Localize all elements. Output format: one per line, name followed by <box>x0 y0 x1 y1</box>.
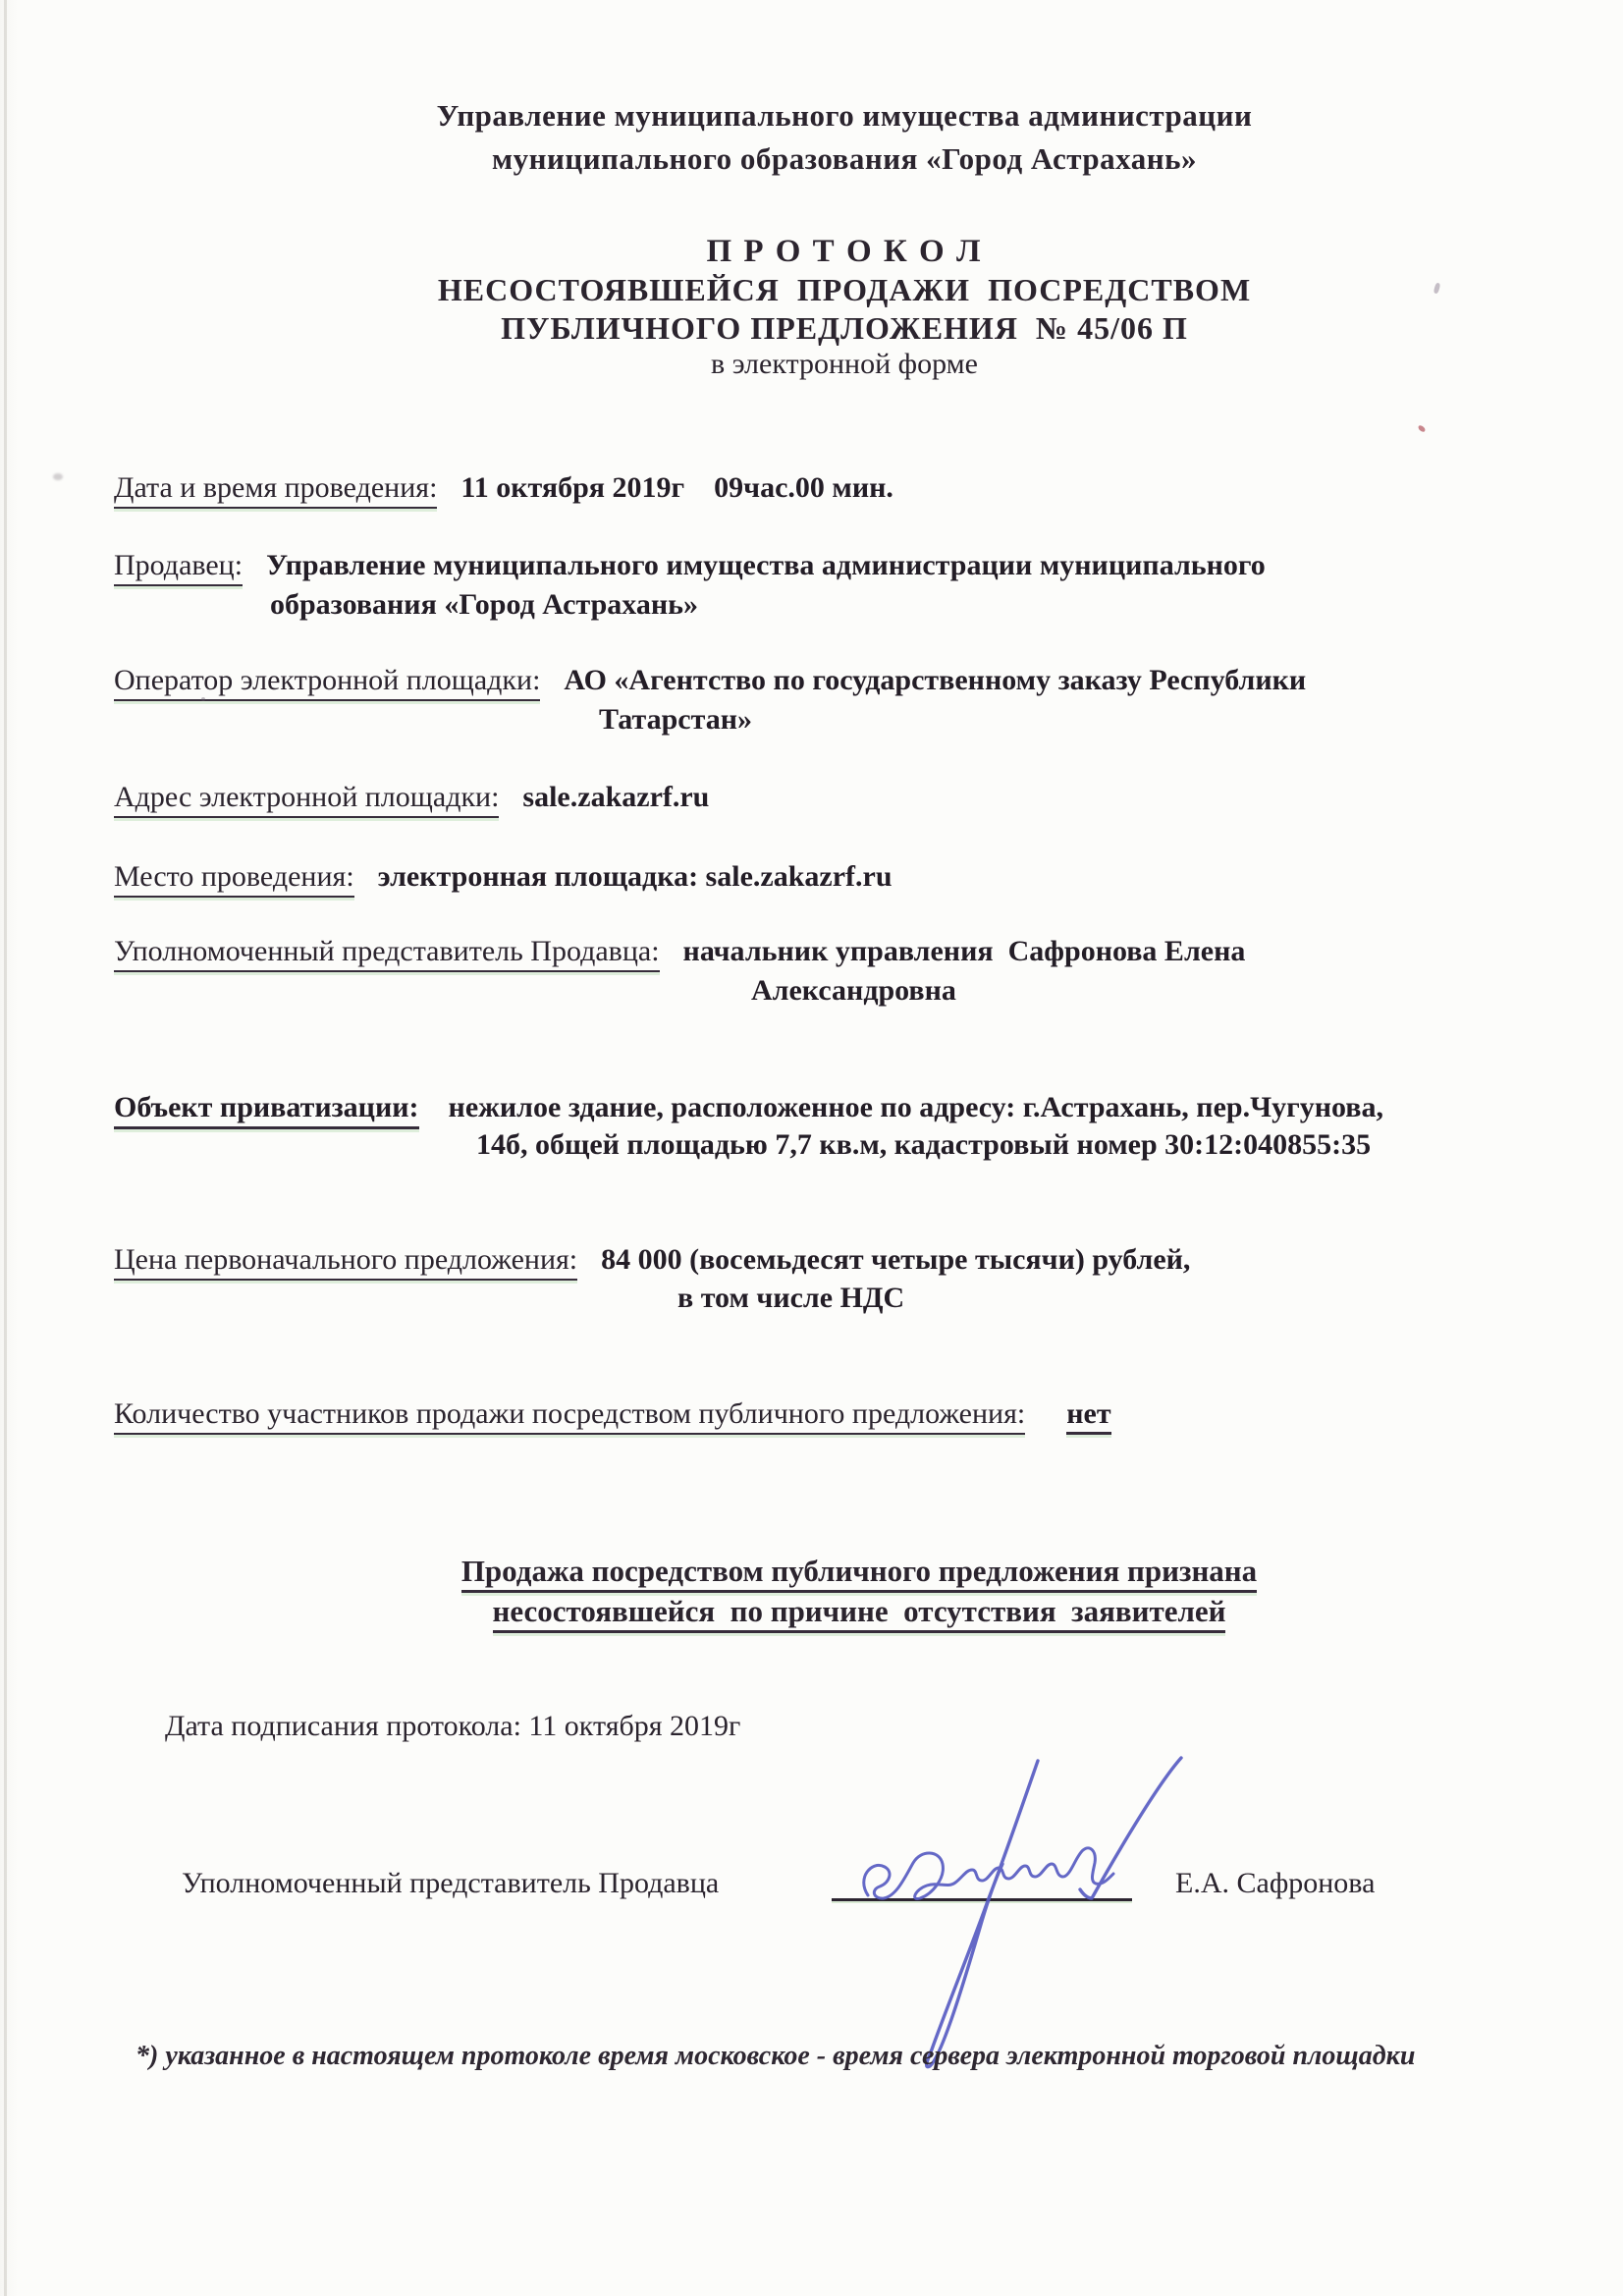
footnote: *) указанное в настоящем протоколе время… <box>135 2041 1415 2072</box>
organization-name-line1: Управление муниципального имущества адми… <box>69 98 1620 134</box>
field-date-time-value: 11 октября 2019г 09час.00 мин. <box>460 471 893 504</box>
resolution-line1-text: Продажа посредством публичного предложен… <box>461 1554 1257 1593</box>
paper-edge <box>4 0 7 2296</box>
field-privatization-object: Объект приватизации:нежилое здание, расп… <box>114 1091 1383 1124</box>
field-platform-address-value: sale.zakazrf.ru <box>522 781 709 813</box>
field-privatization-object-value-line1: нежилое здание, расположенное по адресу:… <box>449 1091 1383 1123</box>
field-venue-value: электронная площадка: sale.zakazrf.ru <box>378 860 893 893</box>
protocol-title-line4: в электронной форме <box>69 348 1620 381</box>
field-operator-label: Оператор электронной площадки: <box>114 664 540 701</box>
field-representative-value-line1: начальник управления Сафронова Елена <box>683 935 1246 967</box>
field-operator-value-line2: Татарстан» <box>599 703 752 737</box>
field-privatization-object-label: Объект приватизации: <box>114 1091 419 1129</box>
signer-name: Е.А. Сафронова <box>1175 1867 1375 1900</box>
field-participants: Количество участников продажи посредство… <box>114 1397 1111 1431</box>
field-operator: Оператор электронной площадки:АО «Агентс… <box>114 664 1306 697</box>
signing-date-line: Дата подписания протокола: 11 октября 20… <box>165 1710 740 1743</box>
field-seller-value-line2: образования «Город Астрахань» <box>270 588 698 622</box>
protocol-title-line1: П Р О Т О К О Л <box>69 234 1620 270</box>
field-initial-price-label: Цена первоначального предложения: <box>114 1243 577 1281</box>
field-representative-label: Уполномоченный представитель Продавца: <box>114 935 660 972</box>
signature-line <box>832 1898 1132 1901</box>
field-venue-label: Место проведения: <box>114 860 354 898</box>
field-platform-address: Адрес электронной площадки:sale.zakazrf.… <box>114 781 709 814</box>
field-date-time-label: Дата и время проведения: <box>114 471 437 509</box>
scanned-protocol-page: Управление муниципального имущества адми… <box>0 0 1623 2296</box>
organization-name-line2: муниципального образования «Город Астрах… <box>69 141 1620 177</box>
scan-artifact <box>53 473 63 480</box>
field-date-time: Дата и время проведения:11 октября 2019г… <box>114 471 893 505</box>
protocol-title-line3: ПУБЛИЧНОГО ПРЕДЛОЖЕНИЯ № 45/06 П <box>69 310 1620 347</box>
resolution-line1: Продажа посредством публичного предложен… <box>93 1554 1623 1589</box>
field-initial-price: Цена первоначального предложения:84 000 … <box>114 1243 1190 1277</box>
field-venue: Место проведения:электронная площадка: s… <box>114 860 893 894</box>
field-initial-price-value-line1: 84 000 (восемьдесят четыре тысячи) рубле… <box>601 1243 1190 1276</box>
field-platform-address-label: Адрес электронной площадки: <box>114 781 499 818</box>
field-seller-label: Продавец: <box>114 549 243 586</box>
field-seller-value-line1: Управление муниципального имущества адми… <box>266 549 1266 581</box>
field-initial-price-value-line2: в том числе НДС <box>677 1282 904 1315</box>
field-seller: Продавец:Управление муниципального имуще… <box>114 549 1266 582</box>
field-privatization-object-value-line2: 14б, общей площадью 7,7 кв.м, кадастровы… <box>476 1128 1371 1162</box>
resolution-line2-text: несостоявшейся по причине отсутствия зая… <box>493 1594 1226 1633</box>
field-participants-label: Количество участников продажи посредство… <box>114 1397 1025 1435</box>
signer-label: Уполномоченный представитель Продавца <box>182 1867 719 1900</box>
field-operator-value-line1: АО «Агентство по государственному заказу… <box>564 664 1306 696</box>
scan-artifact <box>1417 424 1426 433</box>
field-representative-value-line2: Александровна <box>751 974 956 1008</box>
protocol-title-line2: НЕСОСТОЯВШЕЙСЯ ПРОДАЖИ ПОСРЕДСТВОМ <box>69 272 1620 308</box>
resolution-line2: несостоявшейся по причине отсутствия зая… <box>93 1594 1623 1629</box>
field-representative: Уполномоченный представитель Продавца:на… <box>114 935 1245 968</box>
scan-artifact <box>201 697 205 701</box>
field-participants-value: нет <box>1066 1397 1110 1435</box>
